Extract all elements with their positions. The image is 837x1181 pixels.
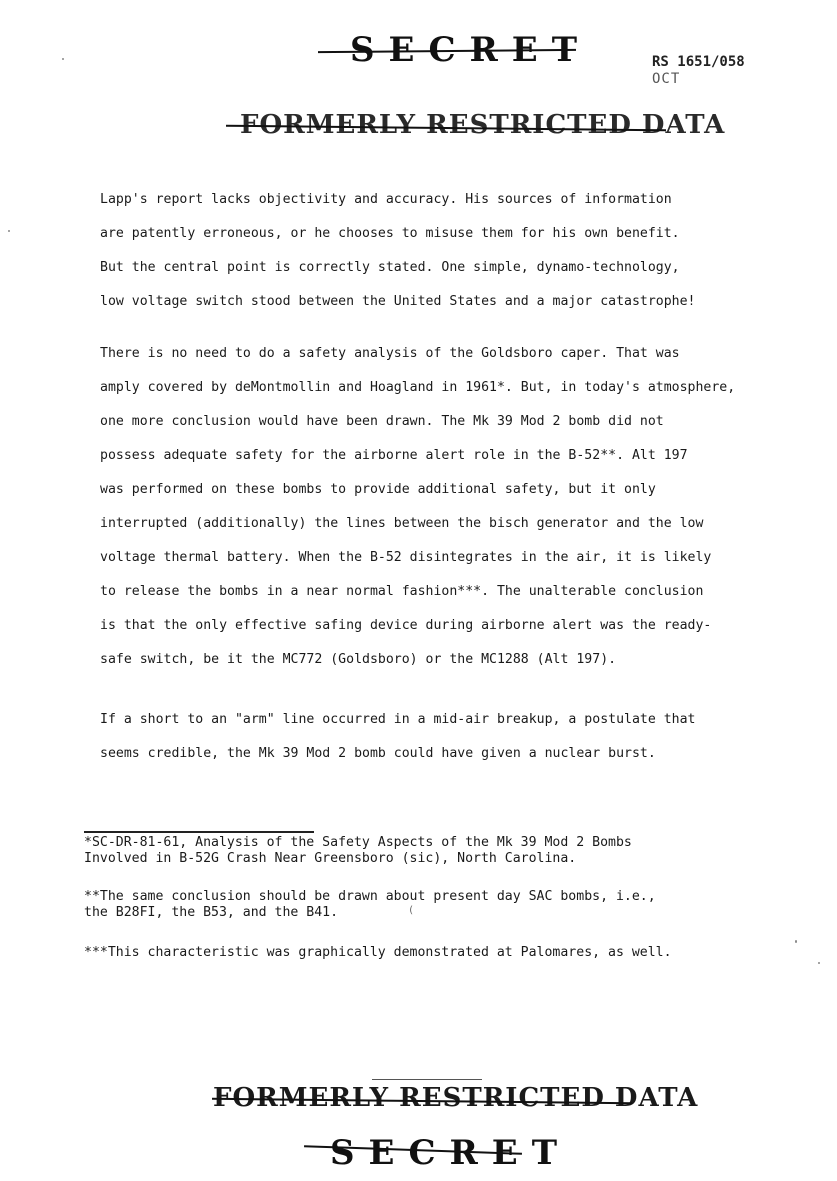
reference-number: RS 1651/058 (652, 54, 745, 71)
stamp-arrow-line (372, 1079, 482, 1080)
text-line: There is no need to do a safety analysis… (100, 337, 780, 371)
text-line: possess adequate safety for the airborne… (100, 439, 780, 473)
footnote-line: the B28FI, the B53, and the B41. (84, 905, 764, 921)
text-line: is that the only effective safing device… (100, 609, 780, 643)
text-line: one more conclusion would have been draw… (100, 405, 780, 439)
scan-speck (8, 230, 10, 232)
text-line: If a short to an "arm" line occurred in … (100, 703, 780, 737)
text-line: interrupted (additionally) the lines bet… (100, 507, 780, 541)
footnote-2: **The same conclusion should be drawn ab… (84, 889, 764, 921)
text-line: Lapp's report lacks objectivity and accu… (100, 183, 780, 217)
footnote-3: ***This characteristic was graphically d… (84, 945, 764, 961)
text-line: amply covered by deMontmollin and Hoagla… (100, 371, 780, 405)
date-stamp: OCT (652, 71, 745, 88)
paragraph-3: If a short to an "arm" line occurred in … (100, 703, 780, 771)
text-line: voltage thermal battery. When the B-52 d… (100, 541, 780, 575)
scan-speck (795, 940, 797, 943)
footnote-1: *SC-DR-81-61, Analysis of the Safety Asp… (84, 835, 764, 867)
reference-block: RS 1651/058 OCT (652, 54, 745, 88)
text-line: But the central point is correctly state… (100, 251, 780, 285)
footnote-line: *SC-DR-81-61, Analysis of the Safety Asp… (84, 835, 764, 851)
text-line: was performed on these bombs to provide … (100, 473, 780, 507)
scan-mark: ( (408, 905, 414, 916)
footnote-separator (84, 831, 314, 833)
paragraph-2: There is no need to do a safety analysis… (100, 337, 780, 677)
text-line: safe switch, be it the MC772 (Goldsboro)… (100, 643, 780, 677)
classification-bottom: SECRET (330, 1133, 571, 1173)
footnote-line: **The same conclusion should be drawn ab… (84, 889, 764, 905)
text-line: to release the bombs in a near normal fa… (100, 575, 780, 609)
scan-speck (818, 962, 820, 964)
text-line: seems credible, the Mk 39 Mod 2 bomb cou… (100, 737, 780, 771)
text-line: are patently erroneous, or he chooses to… (100, 217, 780, 251)
paragraph-1: Lapp's report lacks objectivity and accu… (100, 183, 780, 319)
footnote-line: Involved in B-52G Crash Near Greensboro … (84, 851, 764, 867)
scan-speck (62, 58, 64, 60)
footnote-line: ***This characteristic was graphically d… (84, 945, 764, 961)
text-line: low voltage switch stood between the Uni… (100, 285, 780, 319)
